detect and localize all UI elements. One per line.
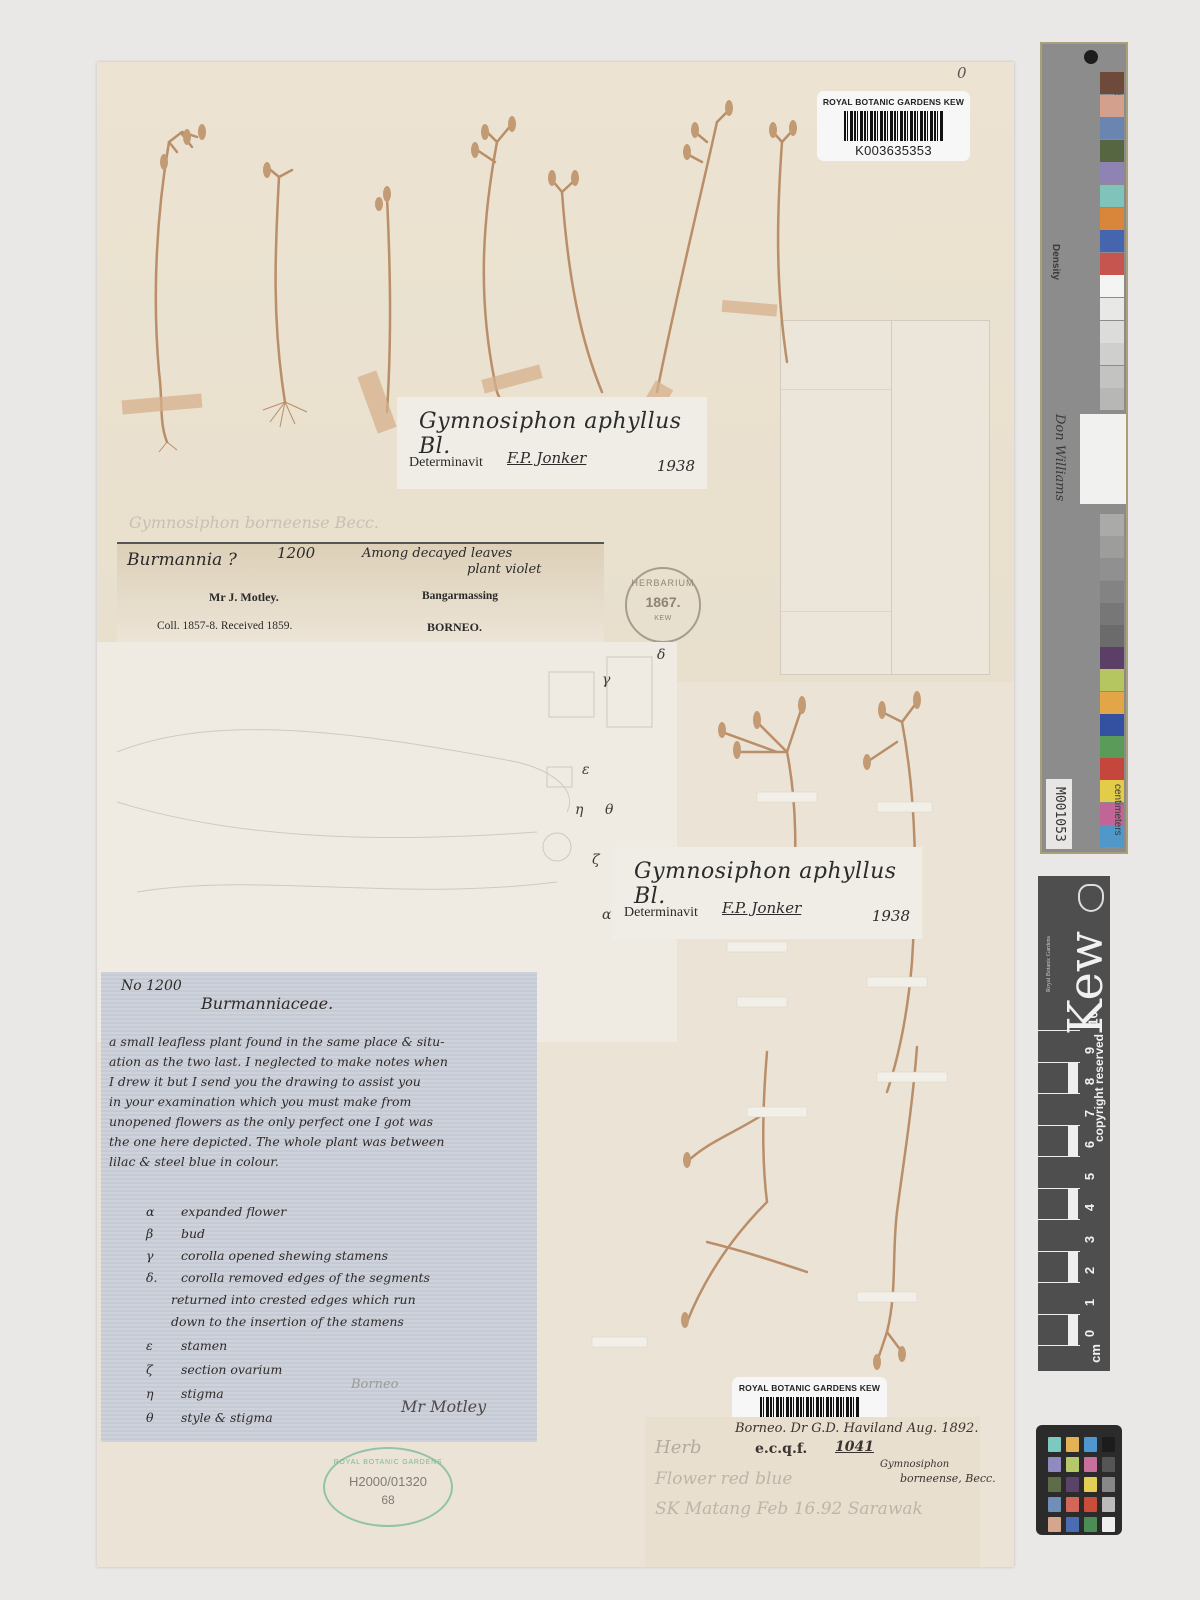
label-collection-dates: Coll. 1857-8. Received 1859. bbox=[157, 620, 292, 632]
note-line: I drew it but I send you the drawing to … bbox=[109, 1074, 421, 1089]
color-swatch bbox=[1100, 581, 1124, 603]
key-text: section ovarium bbox=[181, 1362, 282, 1377]
label-note-1: Among decayed leaves bbox=[362, 546, 512, 561]
color-swatch bbox=[1100, 343, 1124, 365]
det-prefix: Determinavit bbox=[624, 905, 698, 921]
checker-patch bbox=[1048, 1477, 1061, 1492]
checker-patch bbox=[1048, 1457, 1061, 1472]
haviland-collection-label: Borneo. Dr G.D. Haviland Aug. 1892. Herb… bbox=[645, 1417, 980, 1567]
color-swatch bbox=[1100, 736, 1124, 758]
color-checker bbox=[1036, 1425, 1122, 1535]
color-swatch bbox=[1100, 558, 1124, 580]
color-swatch bbox=[1100, 669, 1124, 691]
key-text: corolla removed edges of the segments bbox=[181, 1270, 430, 1285]
haviland-ecqf: e.c.q.f. bbox=[755, 1441, 807, 1457]
color-swatch bbox=[1100, 140, 1124, 162]
drawing-label-gamma: γ bbox=[602, 672, 610, 688]
checker-patch bbox=[1066, 1497, 1079, 1512]
drawing-label-epsilon: ε bbox=[582, 762, 590, 778]
stamp-number: 68 bbox=[325, 1493, 451, 1507]
calibration-dot bbox=[1084, 50, 1098, 64]
checker-gray-patch bbox=[1102, 1477, 1115, 1492]
color-swatch bbox=[1100, 321, 1124, 343]
key-text: corolla opened shewing stamens bbox=[181, 1248, 388, 1263]
scale-stripe bbox=[1068, 1125, 1078, 1156]
scale-tick bbox=[1038, 1282, 1080, 1283]
old-name-label: Gymnosiphon borneense Becc. bbox=[119, 507, 499, 547]
key-text: style & stigma bbox=[181, 1410, 273, 1425]
checker-patch bbox=[1048, 1517, 1061, 1532]
det-year: 1938 bbox=[872, 907, 910, 925]
haviland-colour: Flower red blue bbox=[655, 1469, 792, 1489]
checker-patch bbox=[1066, 1477, 1079, 1492]
haviland-taxon1: Gymnosiphon bbox=[880, 1459, 949, 1470]
kew-subtitle: Royal Botanic Gardens bbox=[1046, 936, 1052, 992]
determination-label-1: Gymnosiphon aphyllus Bl. Determinavit F.… bbox=[397, 397, 707, 489]
stamp-top-text: HERBARIUM bbox=[627, 578, 699, 588]
note-line: unopened flowers as the only perfect one… bbox=[109, 1114, 433, 1129]
det-determiner: F.P. Jonker bbox=[722, 899, 801, 917]
motley-field-note: No 1200 Burmanniaceae. a small leafless … bbox=[101, 972, 537, 1442]
drawing-label-delta: δ bbox=[657, 647, 665, 663]
checker-patch bbox=[1066, 1517, 1079, 1532]
note-line: in your examination which you must make … bbox=[109, 1094, 411, 1109]
scale-tick bbox=[1038, 1219, 1080, 1220]
checker-patch bbox=[1084, 1517, 1097, 1532]
barcode-org: ROYAL BOTANIC GARDENS KEW bbox=[732, 1377, 887, 1393]
color-swatch bbox=[1100, 162, 1124, 184]
color-swatch bbox=[1100, 625, 1124, 647]
scale-digit: 10 bbox=[1086, 1011, 1101, 1025]
haviland-line1: Borneo. Dr G.D. Haviland Aug. 1892. bbox=[735, 1421, 978, 1436]
color-swatch bbox=[1100, 117, 1124, 139]
stamp-accession-id: H2000/01320 bbox=[325, 1474, 451, 1489]
chart-code: M001053 bbox=[1046, 779, 1072, 849]
color-swatch bbox=[1100, 230, 1124, 252]
color-swatch bbox=[1100, 514, 1124, 536]
note-line: ation as the two last. I neglected to ma… bbox=[109, 1054, 448, 1069]
motley-collection-label: Burmannia ? 1200 Among decayed leaves pl… bbox=[117, 542, 604, 642]
haviland-herb: Herb bbox=[655, 1437, 701, 1458]
scale-digit: 0 bbox=[1082, 1330, 1097, 1337]
key-text: stigma bbox=[181, 1386, 224, 1401]
checker-patch bbox=[1084, 1477, 1097, 1492]
key-text: returned into crested edges which run bbox=[171, 1292, 416, 1307]
scale-stripe bbox=[1068, 1251, 1078, 1282]
scale-digit: 2 bbox=[1082, 1267, 1097, 1274]
checker-patch bbox=[1066, 1437, 1079, 1452]
color-swatch bbox=[1100, 603, 1124, 625]
color-swatch bbox=[1100, 298, 1124, 320]
key-symbol: γ bbox=[146, 1248, 153, 1263]
checker-gray-patch bbox=[1102, 1457, 1115, 1472]
key-text: expanded flower bbox=[181, 1204, 286, 1219]
units-bottom-label: centimeters bbox=[1112, 784, 1123, 836]
key-text: stamen bbox=[181, 1338, 227, 1353]
label-collector: Mr J. Motley. bbox=[209, 590, 279, 605]
haviland-locality: SK Matang Feb 16.92 Sarawak bbox=[655, 1499, 923, 1519]
color-swatch bbox=[1100, 388, 1124, 410]
royal-crest-icon bbox=[1078, 884, 1104, 912]
checker-gray-patch bbox=[1102, 1437, 1115, 1452]
color-swatch bbox=[1100, 185, 1124, 207]
stamp-top-text: ROYAL BOTANIC GARDENS bbox=[325, 1459, 451, 1466]
drawing-label-eta: η bbox=[575, 802, 583, 818]
scale-digit: 4 bbox=[1082, 1204, 1097, 1211]
haviland-taxon2: borneense, Becc. bbox=[900, 1472, 996, 1485]
scale-digit: 8 bbox=[1082, 1078, 1097, 1085]
key-text: bud bbox=[181, 1226, 205, 1241]
key-symbol: η bbox=[146, 1386, 154, 1401]
checker-gray-patch bbox=[1102, 1517, 1115, 1532]
haviland-number: 1041 bbox=[835, 1439, 874, 1455]
scale-tick bbox=[1038, 1156, 1080, 1157]
stamp-bottom-text: KEW bbox=[627, 615, 699, 622]
color-swatch bbox=[1100, 275, 1124, 297]
note-family: Burmanniaceae. bbox=[201, 994, 333, 1013]
key-symbol: β bbox=[146, 1226, 153, 1241]
color-swatch bbox=[1100, 95, 1124, 117]
note-line: a small leafless plant found in the same… bbox=[109, 1034, 444, 1049]
scale-unit: cm bbox=[1088, 1344, 1103, 1363]
scale-tick bbox=[1038, 1093, 1080, 1094]
kew-scale-bar: Kew Royal Botanic Gardens copyright rese… bbox=[1038, 876, 1110, 1371]
color-calibration-bar: inches Density Don Williams M001053 cent… bbox=[1040, 42, 1128, 854]
checker-gray-patch bbox=[1102, 1497, 1115, 1512]
key-symbol: ζ bbox=[146, 1362, 153, 1377]
color-swatch bbox=[1100, 366, 1124, 388]
scale-stripe bbox=[1068, 1188, 1078, 1219]
herbarium-1867-stamp: HERBARIUM 1867. KEW bbox=[625, 567, 701, 643]
scale-tick bbox=[1038, 1125, 1080, 1126]
checker-patch bbox=[1066, 1457, 1079, 1472]
pencil-note: Borneo bbox=[351, 1377, 399, 1392]
scale-tick bbox=[1038, 1345, 1080, 1346]
color-swatch bbox=[1100, 647, 1124, 669]
scale-stripe bbox=[1068, 1062, 1078, 1093]
note-line: the one here depicted. The whole plant w… bbox=[109, 1134, 444, 1149]
checker-patch bbox=[1084, 1437, 1097, 1452]
scale-digit: 9 bbox=[1082, 1046, 1097, 1053]
drawing-label-theta: θ bbox=[605, 802, 613, 818]
determination-label-2: Gymnosiphon aphyllus Bl. Determinavit F.… bbox=[612, 847, 922, 939]
label-note-2: plant violet bbox=[467, 562, 541, 577]
color-swatch bbox=[1100, 714, 1124, 736]
brand-label: Don Williams bbox=[1052, 414, 1067, 501]
note-line: lilac & steel blue in colour. bbox=[109, 1154, 279, 1169]
label-country: BORNEO. bbox=[427, 620, 482, 635]
key-text: down to the insertion of the stamens bbox=[171, 1314, 404, 1329]
scale-digit: 1 bbox=[1082, 1298, 1097, 1305]
color-swatch bbox=[1100, 758, 1124, 780]
scale-digit: 5 bbox=[1082, 1172, 1097, 1179]
scale-digit: 7 bbox=[1082, 1109, 1097, 1116]
key-symbol: ε bbox=[146, 1338, 153, 1353]
checker-patch bbox=[1084, 1497, 1097, 1512]
det-determiner: F.P. Jonker bbox=[507, 449, 586, 467]
note-number: No 1200 bbox=[121, 978, 182, 994]
herbarium-sheet: 0 ROYAL BOTANIC GARDENS KEW K003635353 bbox=[97, 62, 1014, 1567]
scale-tick bbox=[1038, 1314, 1080, 1315]
key-symbol: θ bbox=[146, 1410, 154, 1425]
label-number: 1200 bbox=[277, 544, 315, 562]
scale-tick bbox=[1038, 1188, 1080, 1189]
density-label: Density bbox=[1050, 244, 1061, 280]
drawing-label-alpha: α bbox=[602, 907, 611, 923]
color-swatch bbox=[1100, 208, 1124, 230]
color-swatch bbox=[1100, 536, 1124, 558]
scale-stripe bbox=[1068, 1314, 1078, 1345]
drawing-label-zeta: ζ bbox=[592, 852, 600, 868]
collector-signature: Mr Motley bbox=[401, 1397, 486, 1416]
scale-digit: 6 bbox=[1082, 1141, 1097, 1148]
color-swatch bbox=[1100, 72, 1124, 94]
scale-tick bbox=[1038, 1062, 1080, 1063]
stamp-year: 1867. bbox=[627, 594, 699, 610]
rbg-accession-stamp: ROYAL BOTANIC GARDENS H2000/01320 68 bbox=[323, 1447, 453, 1527]
key-symbol: δ. bbox=[146, 1270, 158, 1285]
scale-tick bbox=[1038, 1251, 1080, 1252]
label-handwritten-name: Burmannia ? bbox=[127, 550, 237, 570]
label-locality: Bangarmassing bbox=[422, 590, 498, 602]
key-symbol: α bbox=[146, 1204, 154, 1219]
det-prefix: Determinavit bbox=[409, 455, 483, 471]
scale-tick bbox=[1038, 1030, 1080, 1031]
color-swatch bbox=[1100, 253, 1124, 275]
scale-digit: 3 bbox=[1082, 1235, 1097, 1242]
checker-patch bbox=[1048, 1437, 1061, 1452]
checker-patch bbox=[1084, 1457, 1097, 1472]
det-year: 1938 bbox=[657, 457, 695, 475]
resolution-target bbox=[1080, 414, 1126, 504]
color-swatch bbox=[1100, 692, 1124, 714]
checker-patch bbox=[1048, 1497, 1061, 1512]
